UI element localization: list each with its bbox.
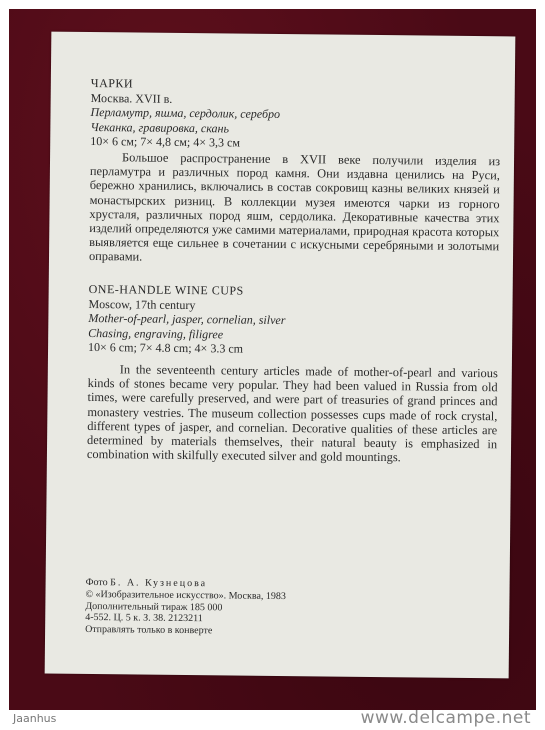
russian-heading-block: ЧАРКИ Москва. XVII в. Перламутр, яшма, с… (90, 76, 501, 153)
postcard-back: ЧАРКИ Москва. XVII в. Перламутр, яшма, с… (45, 32, 516, 679)
site-watermark: www.delcampe.net (361, 708, 531, 728)
photo-label: Фото (86, 577, 108, 588)
photographer-name: Б. А. Кузнецова (110, 577, 207, 589)
mailing-note: Отправлять только в конверте (85, 624, 385, 639)
russian-description-text: Большое распространение в XVII веке полу… (89, 150, 500, 268)
english-heading-block: ONE-HANDLE WINE CUPS Moscow, 17th centur… (88, 282, 499, 359)
english-dimensions: 10× 6 cm; 7× 4.8 cm; 4× 3.3 cm (88, 340, 498, 359)
seller-watermark: Jaanhus (13, 712, 56, 725)
english-description: In the seventeenth century articles made… (87, 362, 498, 466)
russian-description: Большое распространение в XVII веке полу… (89, 150, 500, 268)
english-description-text: In the seventeenth century articles made… (87, 362, 498, 466)
publisher-credits: Фото Б. А. Кузнецова © «Изобразительное … (85, 577, 386, 639)
